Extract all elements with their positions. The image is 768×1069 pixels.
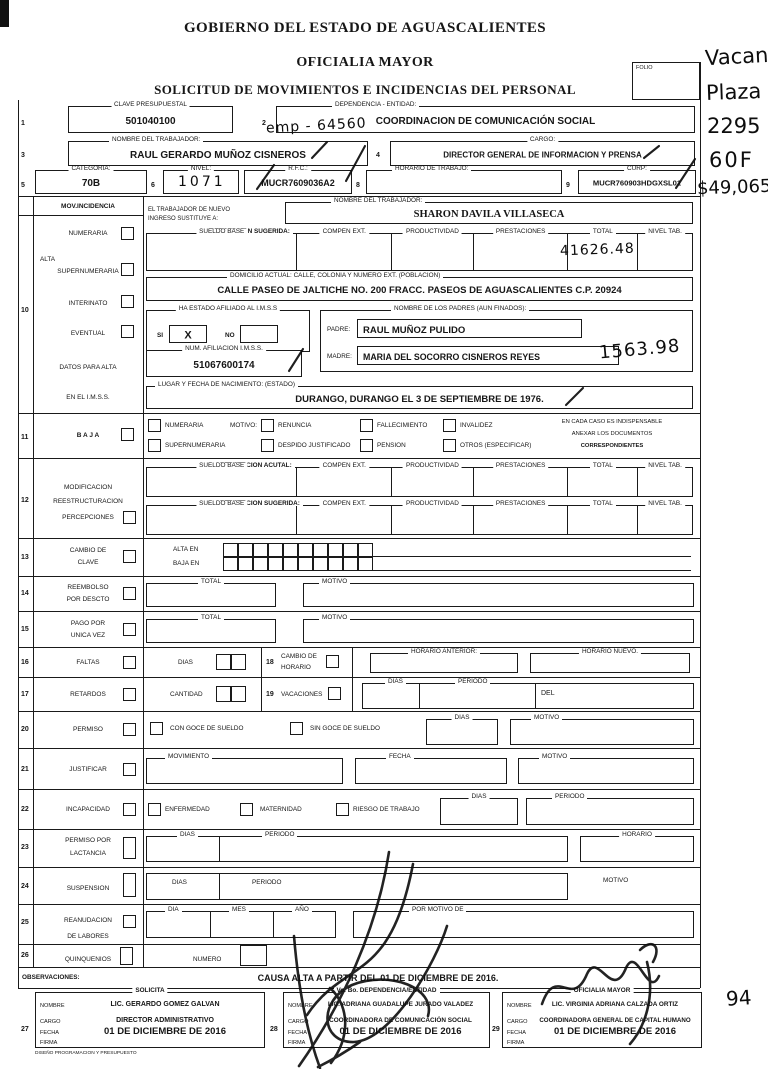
cambio-horario-label-2: HORARIO [281,665,311,671]
cantidad-cell [216,686,231,702]
sueldo-base-label: SUELDO BASE [196,501,247,507]
solicita-nombre-value: LIC. GERARDO GOMEZ GALVAN [70,1001,260,1008]
madre-label: MADRE: [327,354,352,360]
con-goce-label: CON GOCE DE SUELDO [170,726,244,732]
num-afiliacion-box: NUM. AFILIACION I.M.S.S. 51067600174 [146,350,302,377]
firma-row-label: FIRMA [40,1041,57,1047]
renuncia-label: RENUNCIA [278,423,311,429]
justificar-motivo-box: MOTIVO [518,758,694,784]
grid-cell [253,557,268,571]
modificacion-label: MODIFICACION [33,485,143,492]
lactancia-dias-label: DIAS [177,832,198,838]
fecha-row-label: FECHA [288,1031,307,1037]
grid-cell [283,557,298,571]
section-10-alta: 10 MOV.INCIDENCIA NUMERARIA ALTA SUPERNU… [18,196,700,413]
vacaciones-dias-label: DIAS [385,679,406,685]
incapacidad-dias-label: DIAS [469,794,490,800]
mes-label: MES [229,907,249,913]
productividad-label: PRODUCTIVIDAD [403,501,462,507]
baja-motivo-label: MOTIVO: [230,423,257,429]
col-productividad: PRODUCTIVIDAD [391,234,473,270]
ano-label: AÑO [292,907,312,913]
vacaciones-label: VACACIONES [281,692,322,698]
curp-value: MUCR760903HDGXSL01 [579,179,695,188]
section-24-suspension: 24 SUSPENSION DIAS PERIODO MOTIVO [18,867,700,904]
grid-cell [238,557,253,571]
section-14-number: 14 [21,590,29,597]
section-20-permiso: 20 PERMISO CON GOCE DE SUELDO SIN GOCE D… [18,711,700,748]
section-17-number: 17 [21,691,29,698]
incapacidad-periodo-box: PERIODO [526,798,694,825]
nacimiento-label: LUGAR Y FECHA DE NACIMIENTO: (ESTADO) [155,382,298,388]
si-x-mark: X [170,329,206,341]
col-total: TOTAL 41626.48 [567,234,637,270]
lactancia-periodo-label: PERIODO [262,832,297,838]
fallecimiento-label: FALLECIMIENTO [377,423,427,429]
grid-cell [358,543,373,557]
sustituto-nombre-box: NOMBRE DEL TRABAJADOR: SHARON DAVILA VIL… [285,202,693,224]
baja-supernumeraria-checkbox [148,439,161,452]
pension-label: PENSION [377,443,406,449]
incapacidad-periodo-label: PERIODO [552,794,587,800]
section-25-reanudacion: 25 REANUDACION DE LABORES DIA MES AÑO PO… [18,904,700,944]
oficialia-block: OFICIALIA MAYOR NOMBRE LIC. VIRGINIA ADR… [502,992,702,1048]
numero-cell [240,945,267,966]
nacimiento-box: LUGAR Y FECHA DE NACIMIENTO: (ESTADO) DU… [146,386,693,409]
suspension-dias-label: DIAS [172,880,187,886]
nivel-box: NIVEL: 1071 [163,170,239,194]
movimiento-box: MOVIMIENTO [146,758,343,784]
cargo-row-label: CARGO [40,1020,61,1026]
section-23-number: 23 [21,844,29,851]
lactancia-horario-box: HORARIO [580,836,694,862]
divider-line [352,678,353,712]
sueldo-base-label: SUELDO BASE [196,463,247,469]
solicita-cargo-value: DIRECTOR ADMINISTRATIVO [70,1017,260,1024]
lactancia-dias-periodo-box: DIAS PERIODO [146,836,568,862]
mov-incidencia-header: MOV.INCIDENCIA [33,204,143,211]
field-3-number: 3 [21,152,25,159]
domicilio-label: DOMICILIO ACTUAL: CALLE, COLONIA Y NUMER… [227,273,443,279]
sustituto-nombre-value: SHARON DAVILA VILLASECA [286,209,692,220]
nombre-row-label: NOMBRE [507,1004,532,1010]
curp-label: CURP: [624,166,650,172]
incapacidad-dias-box: DIAS [440,798,518,825]
margin-note-amount: $49,065 [697,176,768,200]
section-12-modificacion: 12 MODIFICACION REESTRUCTURACION PERCEPC… [18,458,700,538]
baja-en-line [373,570,691,571]
divider-line [210,912,211,937]
dia-mes-ano-box: DIA MES AÑO [146,911,336,938]
col-prestaciones: PRESTACIONES [473,468,568,496]
horario-nuevo-box: HORARIO NUEVO. [530,653,690,673]
oficialia-header: OFICIALIA MAYOR [571,988,634,994]
reestructuracion-label: REESTRUCTURACION [33,499,143,506]
padre-value-box: RAUL MUÑOZ PULIDO [357,319,582,338]
dias-cell [216,654,231,670]
section-21-justificar: 21 JUSTIFICAR MOVIMIENTO FECHA MOTIVO [18,748,700,789]
baja-en-label: BAJA EN [173,561,199,567]
permiso-dias-box: DIAS [426,719,498,745]
nacimiento-value: DURANGO, DURANGO EL 3 DE SEPTIEMBRE DE 1… [147,393,692,404]
total-label: TOTAL [590,229,616,235]
pension-checkbox [360,439,373,452]
field-9-number: 9 [566,182,570,189]
permiso-motivo-label: MOTIVO [531,715,562,721]
reembolso-total-box: TOTAL [146,583,276,607]
margin-note-vacante: Vacante [704,42,768,70]
percepciones-checkbox [123,511,136,524]
reembolso-motivo-box: MOTIVO [303,583,694,607]
divider-line [419,684,420,708]
si-label: SI [157,333,163,339]
grid-cell [328,557,343,571]
col-sueldo-base: SUELDO BASE [147,468,296,496]
categoria-value: 70B [36,178,146,189]
dias-cell [231,654,246,670]
grid-cell [268,543,283,557]
baja-nota-1: EN CADA CASO ES INDISPENSABLE [528,420,696,426]
movimiento-label: MOVIMIENTO [165,754,212,760]
grid-cell [313,557,328,571]
col-sueldo-base: SUELDO BASE [147,234,296,270]
oficialia-cargo-value: COORDINADORA GENERAL DE CAPITAL HUMANO [531,1017,699,1024]
divider-line [535,684,536,708]
section-10-number: 10 [21,307,29,314]
pago-unica-vez-checkbox [123,623,136,636]
divider-line [219,874,220,899]
en-el-imss-label: EN EL I.M.S.S. [33,395,143,402]
fecha-row-label: FECHA [507,1031,526,1037]
pago-motivo-box: MOTIVO [303,619,694,643]
vacaciones-checkbox [328,687,341,700]
justificar-fecha-box: FECHA [355,758,507,784]
pago-motivo-label: MOTIVO [319,615,350,621]
domicilio-value: CALLE PASEO DE JALTICHE NO. 200 FRACC. P… [147,285,692,296]
reembolso-motivo-label: MOTIVO [319,579,350,585]
vobo-cargo-value: COORDINADORA DE COMUNICACIÓN SOCIAL [314,1017,487,1024]
col-productividad: PRODUCTIVIDAD [391,468,473,496]
prestaciones-label: PRESTACIONES [493,463,549,469]
baja-nota-3: CORRESPONDIENTES [528,444,696,450]
sustituye-line1: EL TRABAJADOR DE NUEVO [148,207,230,213]
enfermedad-label: ENFERMEDAD [165,807,210,813]
field-8-number: 8 [356,182,360,189]
compen-ext-label: COMPEN EXT. [320,229,369,235]
field-29-number: 29 [492,1026,500,1033]
percepcion-sugerida-group-12: PERCEPCION SUGERIDA: SUELDO BASE COMPEN … [146,505,693,535]
divider-line [261,648,262,678]
reembolso-checkbox [123,587,136,600]
riesgo-label: RIESGO DE TRABAJO [353,807,420,813]
horario-anterior-box: HORARIO ANTERIOR: [370,653,518,673]
cargo-label: CARGO: [527,137,558,143]
reanudacion-checkbox [123,915,136,928]
firma-row-label: FIRMA [288,1041,305,1047]
num-afiliacion-label: NUM. AFILIACION I.M.S.S. [182,346,266,352]
section-22-incapacidad: 22 INCAPACIDAD ENFERMEDAD MATERNIDAD RIE… [18,789,700,829]
cantidad-cell [231,686,246,702]
section-16-number: 16 [21,659,29,666]
madre-value: MARIA DEL SOCORRO CISNEROS REYES [358,352,618,362]
total-label: TOTAL [590,463,616,469]
footer-note: DISEÑO PROGRAMACION Y PRESUPUESTO [35,1052,137,1057]
section-24-number: 24 [21,883,29,890]
field-5-number: 5 [21,182,25,189]
vobo-header: Vo. Bo. DEPENDENCIA/ENTIDAD [333,988,439,994]
prestaciones-label: PRESTACIONES [493,501,549,507]
pago-total-label: TOTAL [198,615,224,621]
suspension-periodo-label: PERIODO [252,880,281,886]
rfc-label: R.F.C.: [285,166,311,172]
section-26-number: 26 [21,952,29,959]
despido-label: DESPIDO JUSTIFICADO [278,443,350,449]
riesgo-checkbox [336,803,349,816]
numeraria-checkbox [121,227,134,240]
baja-numeraria-checkbox [148,419,161,432]
clave-presupuestal-value: 501040100 [69,115,232,126]
si-checkbox: X [169,325,207,343]
nombre-trabajador-label: NOMBRE DEL TRABAJADOR: [109,137,203,143]
lactancia-checkbox [123,837,136,859]
baja-checkbox [121,428,134,441]
fallecimiento-checkbox [360,419,373,432]
pago-total-box: TOTAL [146,619,276,643]
datos-para-alta-label: DATOS PARA ALTA [33,365,143,372]
grid-cell [268,557,283,571]
rfc-box: R.F.C.: MUCR7609036A2 [244,170,352,194]
despido-checkbox [261,439,274,452]
col-total: TOTAL [567,468,637,496]
observaciones-label: OBSERVACIONES: [22,975,80,981]
field-18-number: 18 [266,659,274,666]
padre-label: PADRE: [327,327,350,333]
section-13-number: 13 [21,554,29,561]
sustituto-nombre-label: NOMBRE DEL TRABAJADOR: [331,198,425,204]
productividad-label: PRODUCTIVIDAD [403,229,462,235]
invalidez-label: INVALIDEZ [460,423,493,429]
divider-line [219,837,220,861]
page-subtitle: OFICIALIA MAYOR [0,55,730,71]
baja-supernumeraria-label: SUPERNUMERARIA [165,443,225,449]
suspension-checkbox [123,873,136,897]
domicilio-box: DOMICILIO ACTUAL: CALLE, COLONIA Y NUMER… [146,277,693,301]
margin-note-plaza: Plaza [706,79,762,105]
grid-cell [328,543,343,557]
curp-box: CURP: MUCR760903HDGXSL01 [578,170,696,194]
observaciones-row: OBSERVACIONES: CAUSA ALTA A PARTIR DEL 0… [18,967,700,988]
numero-label: NUMERO [193,957,221,963]
faltas-checkbox [123,656,136,669]
grid-cell [298,557,313,571]
percepcion-actual-group: PERCEPCION ACUTAL: SUELDO BASE COMPEN EX… [146,467,693,497]
dia-label: DIA [165,907,182,913]
horario-trabajo-label: HORARIO DE TRABAJO: [392,166,471,172]
clave-presupuestal-label: CLAVE PRESUPUESTAL [111,102,190,108]
con-goce-checkbox [150,722,163,735]
col-productividad: PRODUCTIVIDAD [391,506,473,534]
percepcion-sugerida-group: PERCEPCION SUGERIDA: SUELDO BASE COMPEN … [146,233,693,271]
vobo-nombre-value: LIC. ADRIANA GUADALUPE JURADO VALADEZ [314,1001,487,1008]
col-nivel-tab: NIVEL TAB. [637,506,692,534]
section-12-number: 12 [21,497,29,504]
permiso-dias-label: DIAS [452,715,473,721]
alta-en-line [373,556,691,557]
horario-nuevo-label: HORARIO NUEVO. [579,649,641,655]
section-20-number: 20 [21,726,29,733]
vacaciones-periodo-box: DIAS PERIODO DEL [362,683,694,709]
form-title: SOLICITUD DE MOVIMIENTOS E INCIDENCIAS D… [0,82,730,98]
otros-checkbox [443,439,456,452]
baja-numeraria-label: NUMERARIA [165,423,203,429]
por-motivo-box: POR MOTIVO DE [353,911,694,938]
permiso-checkbox [123,723,136,736]
section-17-retardos: 17 RETARDOS CANTIDAD 19 VACACIONES DIAS … [18,677,700,711]
field-27-number: 27 [21,1026,29,1033]
section-15-number: 15 [21,626,29,633]
page-title: GOBIERNO DEL ESTADO DE AGUASCALIENTES [0,20,730,37]
section-16-faltas: 16 FALTAS DIAS 18 CAMBIO DE HORARIO HORA… [18,647,700,677]
nivel-label: NIVEL: [188,166,214,172]
baja-nota-2: ANEXAR LOS DOCUMENTOS [528,432,696,438]
categoria-box: CATEGORIA: 70B [35,170,147,194]
solicita-header: SOLICITA [132,988,167,994]
renuncia-checkbox [261,419,274,432]
nivel-tab-label: NIVEL TAB. [645,229,685,235]
rfc-value: MUCR7609036A2 [245,178,351,188]
vobo-block: Vo. Bo. DEPENDENCIA/ENTIDAD NOMBRE LIC. … [283,992,490,1048]
del-label: DEL [541,690,555,697]
justificar-fecha-label: FECHA [386,754,414,760]
col-compen-ext: COMPEN EXT. [296,234,391,270]
section-26-quinquenios: 26 QUINQUENIOS NUMERO [18,944,700,967]
alta-en-label: ALTA EN [173,547,198,553]
nombre-row-label: NOMBRE [288,1004,313,1010]
grid-cell [313,543,328,557]
padres-label: NOMBRE DE LOS PADRES (AUN FINADOS): [391,306,529,312]
scanned-form-page: GOBIERNO DEL ESTADO DE AGUASCALIENTES OF… [0,0,768,1069]
vobo-fecha-value: 01 DE DICIEMBRE DE 2016 [314,1026,487,1037]
sustituye-line2: INGRESO SUSTITUYE A: [148,216,218,222]
vacaciones-periodo-label: PERIODO [455,679,490,685]
cambio-clave-checkbox [123,550,136,563]
padres-box: NOMBRE DE LOS PADRES (AUN FINADOS): PADR… [320,310,693,372]
sin-goce-label: SIN GOCE DE SUELDO [310,726,380,732]
folio-box: FOLIO [632,62,700,100]
madre-number-handwritten: 1563.98 [598,335,681,363]
clave-presupuestal-box: CLAVE PRESUPUESTAL 501040100 [68,106,233,133]
permiso-motivo-box: MOTIVO [510,719,694,745]
section-22-number: 22 [21,806,29,813]
cantidad-label: CANTIDAD [170,692,203,698]
compen-ext-label: COMPEN EXT. [320,463,369,469]
cambio-horario-checkbox [326,655,339,668]
col-prestaciones: PRESTACIONES [473,506,568,534]
cargo-value: DIRECTOR GENERAL DE INFORMACION Y PRENSA [391,150,694,159]
incapacidad-checkbox [123,803,136,816]
col-sueldo-base: SUELDO BASE [147,506,296,534]
por-motivo-label: POR MOTIVO DE [409,907,466,913]
field-19-number: 19 [266,691,274,698]
justificar-checkbox [123,763,136,776]
compen-ext-label: COMPEN EXT. [320,501,369,507]
de-labores-label: DE LABORES [33,934,143,941]
prestaciones-label: PRESTACIONES [493,229,549,235]
otros-label: OTROS (ESPECIFICAR) [460,443,531,449]
solicita-fecha-value: 01 DE DICIEMBRE DE 2016 [70,1026,260,1037]
grid-cell [223,557,238,571]
nombre-row-label: NOMBRE [40,1004,65,1010]
margin-note-60f: 60F [709,148,754,172]
divider-line [273,912,274,937]
col-compen-ext: COMPEN EXT. [296,468,391,496]
col-nivel-tab: NIVEL TAB. [637,234,692,270]
maternidad-label: MATERNIDAD [260,807,302,813]
grid-cell [283,543,298,557]
sin-goce-checkbox [290,722,303,735]
cargo-row-label: CARGO [507,1020,528,1026]
section-11-number: 11 [21,434,28,441]
reembolso-total-label: TOTAL [198,579,224,585]
nivel-value-handwritten: 1071 [178,174,226,190]
header-underline [18,215,143,216]
grid-cell [238,543,253,557]
field-4-number: 4 [376,152,380,159]
divider-line [352,648,353,678]
section-13-cambio-clave: 13 CAMBIO DE CLAVE ALTA EN BAJA EN [18,538,700,576]
faltas-dias-label: DIAS [178,660,193,666]
field-6-number: 6 [151,182,155,189]
section-14-reembolso: 14 REEMBOLSO POR DESCTO TOTAL MOTIVO [18,576,700,611]
field-28-number: 28 [270,1026,278,1033]
no-label: NO [225,333,235,339]
suspension-motivo-label: MOTIVO [603,878,628,884]
cargo-row-label: CARGO [288,1020,309,1026]
oficialia-fecha-value: 01 DE DICIEMBRE DE 2016 [531,1026,699,1037]
nivel-tab-label: NIVEL TAB. [645,501,685,507]
invalidez-checkbox [443,419,456,432]
col-compen-ext: COMPEN EXT. [296,506,391,534]
nivel-tab-label: NIVEL TAB. [645,463,685,469]
lactancia-horario-label: HORARIO [619,832,655,838]
num-afiliacion-value: 51067600174 [147,359,301,370]
margin-note-2295: 2295 [707,114,760,138]
horario-anterior-label: HORARIO ANTERIOR: [408,649,480,655]
col-prestaciones: PRESTACIONES [473,234,568,270]
no-checkbox [240,325,278,343]
grid-cell [298,543,313,557]
observaciones-value: CAUSA ALTA A PARTIR DEL 01 DE DICIEMBRE … [138,973,618,983]
justificar-motivo-label: MOTIVO [539,754,570,760]
section-11-baja: 11 B A J A NUMERARIA MOTIVO: RENUNCIA FA… [18,413,700,458]
padre-value: RAUL MUÑOZ PULIDO [358,324,581,335]
alta-label: ALTA [40,257,55,263]
madre-value-box: MARIA DEL SOCORRO CISNEROS REYES [357,346,619,365]
col-nivel-tab: NIVEL TAB. [637,468,692,496]
folio-label: FOLIO [636,66,653,72]
total-label: TOTAL [590,501,616,507]
interinato-checkbox [121,295,134,308]
afiliado-imss-label: HA ESTADO AFILIADO AL I.M.S.S [176,306,280,312]
section-23-lactancia: 23 PERMISO POR LACTANCIA DIAS PERIODO HO… [18,829,700,867]
retardos-checkbox [123,688,136,701]
nombre-trabajador-box: NOMBRE DEL TRABAJADOR: RAUL GERARDO MUÑO… [68,141,368,166]
col-total: TOTAL [567,506,637,534]
grid-cell [253,543,268,557]
solicita-block: SOLICITA NOMBRE LIC. GERARDO GOMEZ GALVA… [35,992,265,1048]
section-25-number: 25 [21,919,29,926]
horario-trabajo-box: HORARIO DE TRABAJO: [366,170,562,194]
